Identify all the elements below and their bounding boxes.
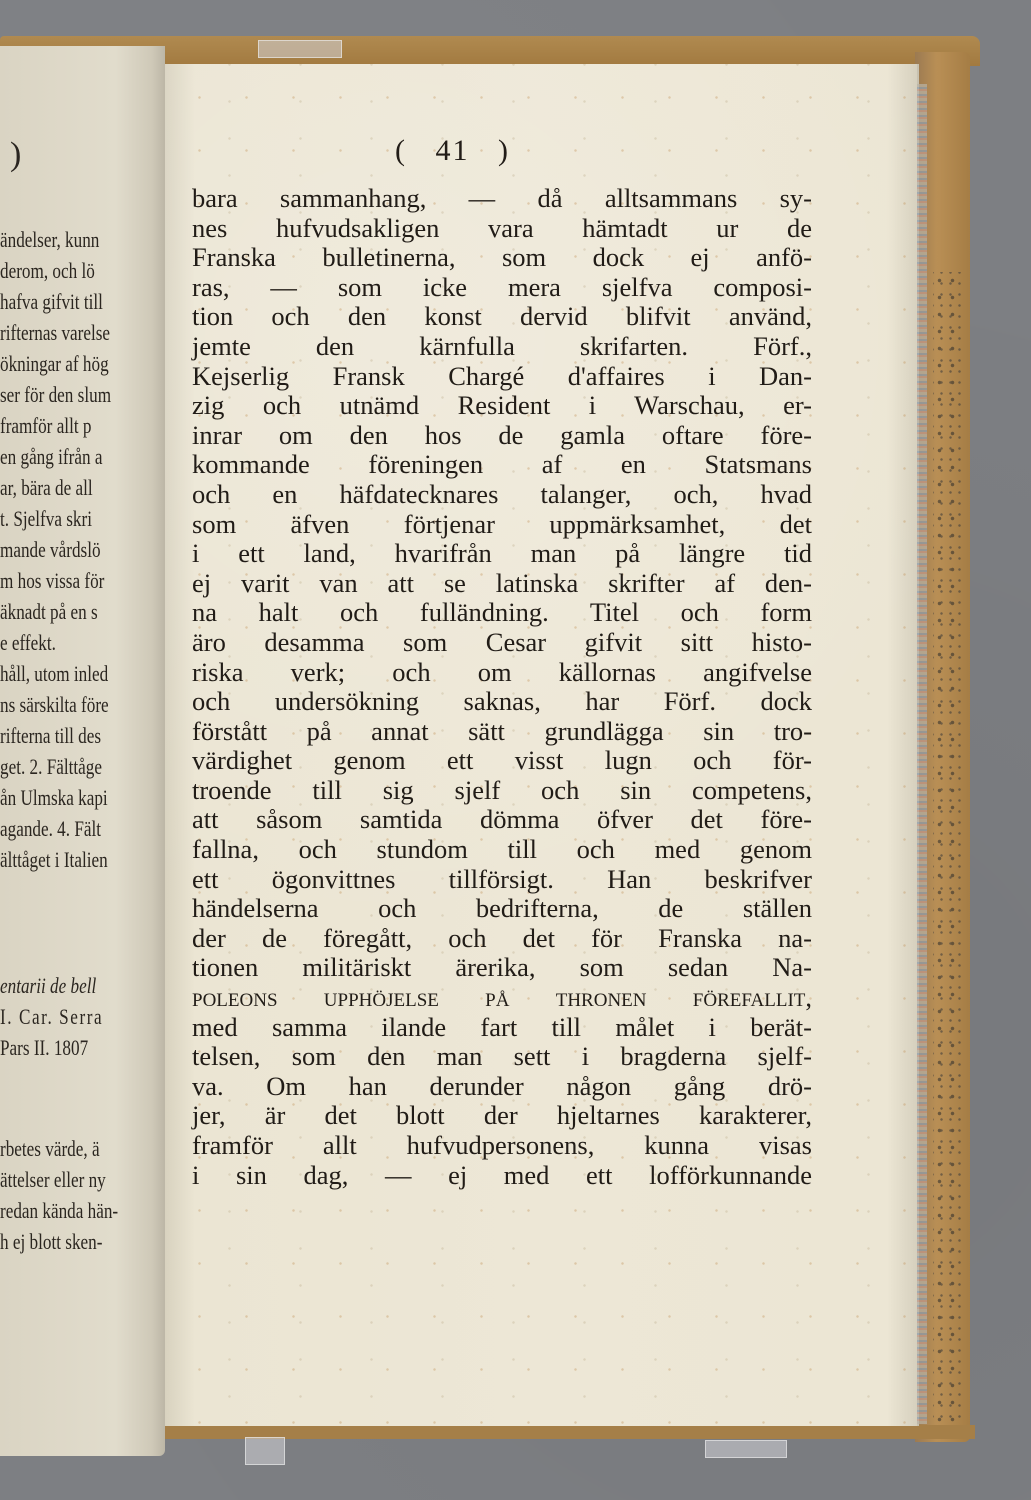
left-citation-line: entarii de bell xyxy=(0,970,156,1001)
text-line: va. Om han derunder någon gång drö- xyxy=(192,1072,812,1102)
left-line: en gång ifrån a xyxy=(0,441,156,472)
page-block-edge xyxy=(917,84,927,1424)
text-line: Franska bulletinerna, som dock ej anfö- xyxy=(192,243,812,273)
left-line: äknadt på en s xyxy=(0,596,156,627)
left-page: ) ändelser, kunn derom, och lö hafva gif… xyxy=(0,46,165,1456)
left-page-number-paren: ) xyxy=(10,136,21,174)
text-line: och undersökning saknas, har Förf. dock xyxy=(192,687,812,717)
text-line: jer, är det blott der hjeltarnes karakte… xyxy=(192,1101,812,1131)
text-line: nes hufvudsakligen vara hämtadt ur de xyxy=(192,214,812,244)
left-line: redan kända hän- xyxy=(0,1195,156,1226)
page-number: ( 41 ) xyxy=(395,134,510,168)
left-line: agande. 4. Fält xyxy=(0,813,156,844)
text-line: tion och den konst dervid blifvit använd… xyxy=(192,302,812,332)
left-line: derom, och lö xyxy=(0,255,156,286)
left-line: rbetes värde, ä xyxy=(0,1133,156,1164)
left-line: håll, utom inled xyxy=(0,658,156,689)
text-line: och en häfdatecknares talanger, och, hva… xyxy=(192,480,812,510)
text-line: ras, — som icke mera sjelfva composi- xyxy=(192,273,812,303)
text-line: äro desamma som Cesar gifvit sitt histo- xyxy=(192,628,812,658)
left-line: h ej blott sken- xyxy=(0,1226,156,1257)
left-line: m hos vissa för xyxy=(0,565,156,596)
text-line: poleons upphöjelse på thronen förefallit… xyxy=(192,983,812,1013)
left-line: ar, bära de all xyxy=(0,472,156,503)
text-line: der de föregått, och det för Franska na- xyxy=(192,924,812,954)
left-line: hafva gifvit till xyxy=(0,286,156,317)
left-line: ökningar af hög xyxy=(0,348,156,379)
left-line: ser för den slum xyxy=(0,379,156,410)
left-page-text: ändelser, kunn derom, och lö hafva gifvi… xyxy=(0,224,156,1257)
spacer xyxy=(0,875,156,970)
text-line: som äfven förtjenar uppmärksamhet, det xyxy=(192,510,812,540)
text-line: riska verk; och om källornas angifvelse xyxy=(192,658,812,688)
left-line: get. 2. Fälttåge xyxy=(0,751,156,782)
left-line: t. Sjelfva skri xyxy=(0,503,156,534)
text-line: framför allt hufvudpersonens, kunna visa… xyxy=(192,1131,812,1161)
text-line: i sin dag, — ej med ett lofförkunnande xyxy=(192,1161,812,1191)
page-support-clip-bottom-left xyxy=(245,1437,285,1465)
text-line: Kejserlig Fransk Chargé d'affaires i Dan… xyxy=(192,362,812,392)
text-line: telsen, som den man sett i bragderna sje… xyxy=(192,1042,812,1072)
spacer xyxy=(0,1063,156,1133)
text-line: att såsom samtida dömma öfver det före- xyxy=(192,805,812,835)
left-line: ån Ulmska kapi xyxy=(0,782,156,813)
text-line: inrar om den hos de gamla oftare före- xyxy=(192,421,812,451)
left-line: ändelser, kunn xyxy=(0,224,156,255)
text-line: fallna, och stundom till och med genom xyxy=(192,835,812,865)
text-line: ej varit van att se latinska skrifter af… xyxy=(192,569,812,599)
text-line: zig och utnämd Resident i Warschau, er- xyxy=(192,391,812,421)
left-line: ättelser eller ny xyxy=(0,1164,156,1195)
page-support-clip-bottom-right xyxy=(705,1440,787,1458)
left-citation-line: I. Car. Serra xyxy=(0,1001,156,1032)
text-line: jemte den kärnfulla skrifarten. Förf., xyxy=(192,332,812,362)
text-line: tionen militäriskt ärerika, som sedan Na… xyxy=(192,953,812,983)
left-line: framför allt p xyxy=(0,410,156,441)
left-line: rifterna till des xyxy=(0,720,156,751)
text-line: ett ögonvittnes tillförsigt. Han beskrif… xyxy=(192,865,812,895)
text-line: bara sammanhang, — då alltsammans sy- xyxy=(192,184,812,214)
page-body-text: bara sammanhang, — då alltsammans sy- ne… xyxy=(192,184,812,1190)
left-line: rifternas varelse xyxy=(0,317,156,348)
text-line: förstått på annat sätt grundlägga sin tr… xyxy=(192,717,812,747)
page-support-clip-top xyxy=(258,40,342,58)
right-page: ( 41 ) bara sammanhang, — då alltsammans… xyxy=(165,64,917,1426)
left-citation-line: Pars II. 1807 xyxy=(0,1032,156,1063)
text-line: värdighet genom ett visst lugn och för- xyxy=(192,746,812,776)
text-line: med samma ilande fart till målet i berät… xyxy=(192,1013,812,1043)
text-line: na halt och fulländning. Titel och form xyxy=(192,598,812,628)
left-line: ns särskilta före xyxy=(0,689,156,720)
left-line: mande vårdslö xyxy=(0,534,156,565)
left-line: e effekt. xyxy=(0,627,156,658)
text-line: kommande föreningen af en Statsmans xyxy=(192,450,812,480)
text-line: i ett land, hvarifrån man på längre tid xyxy=(192,539,812,569)
text-line: troende till sig sjelf och sin competens… xyxy=(192,776,812,806)
text-line: händelserna och bedrifterna, de ställen xyxy=(192,894,812,924)
left-line: älttåget i Italien xyxy=(0,844,156,875)
